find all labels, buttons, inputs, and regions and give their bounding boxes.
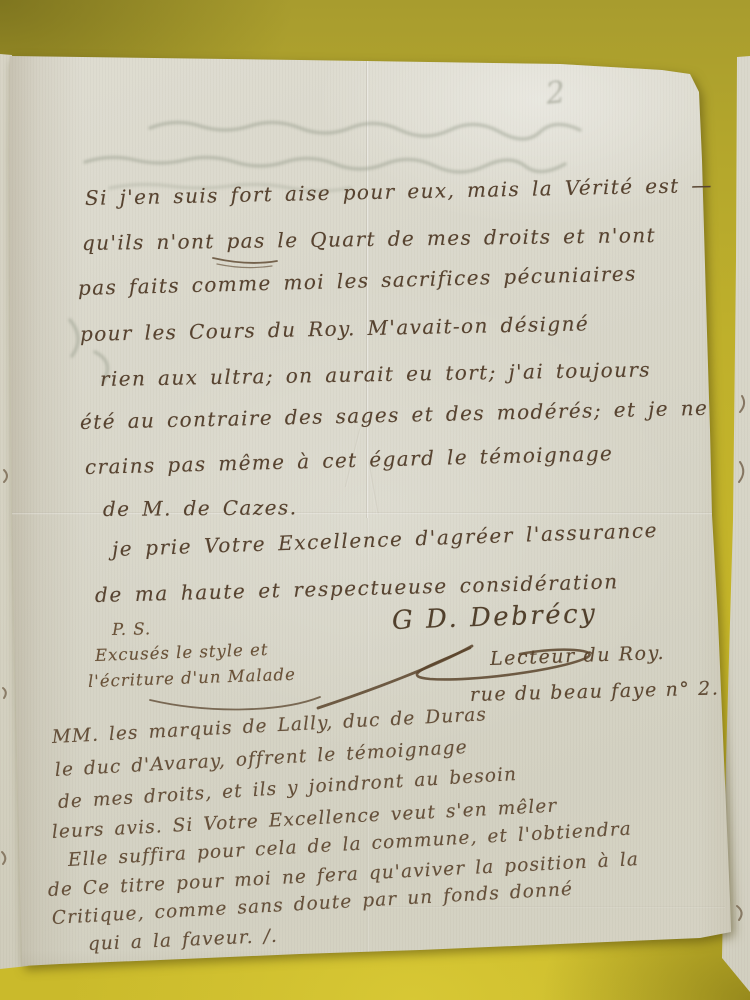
body-line: de M. de Cazes. xyxy=(103,495,298,521)
bleedthrough-digit: 2 xyxy=(544,75,567,112)
ps-heading: P. S. xyxy=(112,619,152,639)
letter-photograph: { "palette": { "backdrop_yellow": "#c0b0… xyxy=(0,0,750,1000)
ghost-mark xyxy=(70,320,78,356)
ghost-line xyxy=(150,122,580,139)
ghost-line xyxy=(85,157,565,172)
